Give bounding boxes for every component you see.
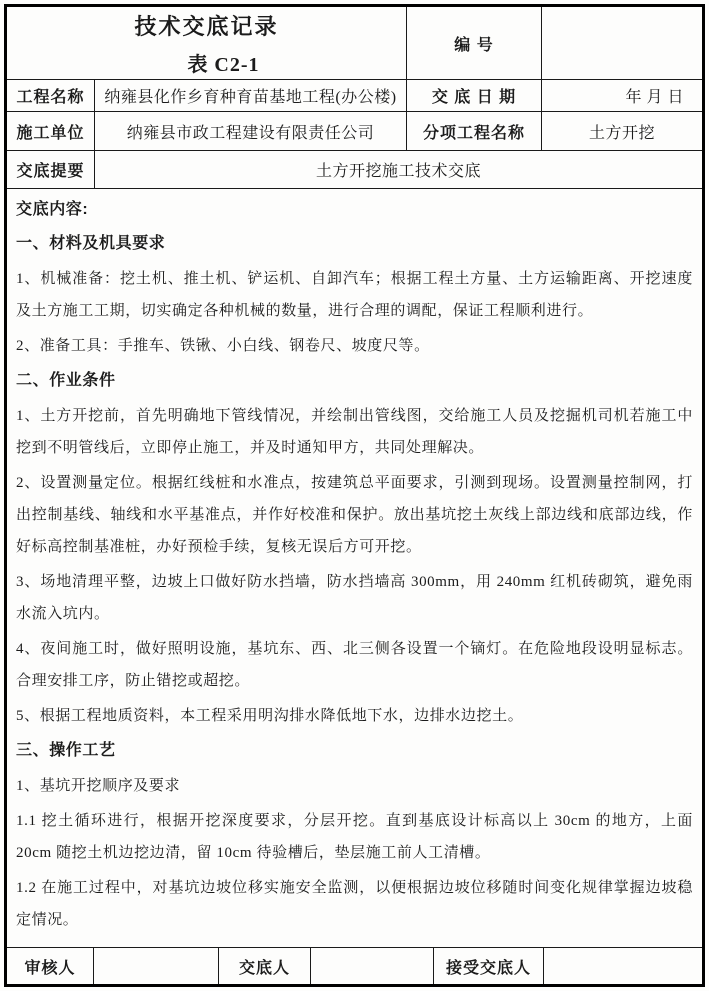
- disclosure-form-sheet: 技术交底记录 表 C2-1 编 号 工程名称 纳雍县化作乡育种育苗基地工程(办公…: [4, 4, 705, 987]
- content-paragraph: 2、设置测量定位。根据红线桩和水准点，按建筑总平面要求，引测到现场。设置测量控制…: [16, 467, 693, 563]
- serial-number-value: [542, 7, 702, 80]
- content-paragraph: 5、根据工程地质资料，本工程采用明沟排水降低地下水，边排水边挖土。: [16, 700, 693, 732]
- reviewer-label: 审核人: [7, 948, 94, 984]
- summary-value: 土方开挖施工技术交底: [95, 151, 702, 189]
- reviewer-signature-cell: [94, 948, 219, 984]
- content-paragraph: 4、夜间施工时，做好照明设施，基坑东、西、北三侧各设置一个镝灯。在危险地段设明显…: [16, 633, 693, 697]
- section-heading: 三、操作工艺: [16, 735, 693, 767]
- discloser-signature-cell: [311, 948, 434, 984]
- content-paragraph: 2、准备工具：手推车、铁锹、小白线、钢卷尺、坡度尺等。: [16, 330, 693, 362]
- content-paragraph: 1、土方开挖前，首先明确地下管线情况，并绘制出管线图，交给施工人员及挖掘机司机若…: [16, 400, 693, 464]
- receiver-signature-cell: [544, 948, 702, 984]
- disclosure-date-label: 交 底 日 期: [407, 80, 542, 112]
- document-title: 技术交底记录: [134, 10, 278, 41]
- section-heading: 一、材料及机具要求: [16, 228, 693, 260]
- discloser-label: 交底人: [219, 948, 311, 984]
- disclosure-date-value: 年 月 日: [542, 80, 702, 112]
- signature-row: 审核人 交底人 接受交底人: [7, 947, 702, 984]
- subproject-name-value: 土方开挖: [542, 112, 702, 151]
- section-heading: 二、作业条件: [16, 365, 693, 397]
- receiver-label: 接受交底人: [434, 948, 544, 984]
- subproject-name-label: 分项工程名称: [407, 112, 542, 151]
- content-paragraph: 1.2 在施工过程中，对基坑边坡位移实施安全监测，以便根据边坡位移随时间变化规律…: [16, 872, 693, 936]
- form-header-table: 技术交底记录 表 C2-1 编 号 工程名称 纳雍县化作乡育种育苗基地工程(办公…: [7, 7, 702, 189]
- project-name-label: 工程名称: [7, 80, 95, 112]
- serial-number-label: 编 号: [407, 7, 542, 80]
- disclosure-content-area: 交底内容: 一、材料及机具要求 1、机械准备：挖土机、推土机、铲运机、自卸汽车；…: [7, 189, 702, 947]
- content-paragraph: 1、基坑开挖顺序及要求: [16, 770, 693, 802]
- content-section-label: 交底内容:: [16, 194, 693, 226]
- content-paragraph: 1、机械准备：挖土机、推土机、铲运机、自卸汽车；根据工程土方量、土方运输距离、开…: [16, 263, 693, 327]
- form-title-cell: 技术交底记录 表 C2-1: [7, 7, 407, 80]
- construction-unit-value: 纳雍县市政工程建设有限责任公司: [95, 112, 407, 151]
- project-name-value: 纳雍县化作乡育种育苗基地工程(办公楼): [95, 80, 407, 112]
- content-paragraph: 1.1 挖土循环进行，根据开挖深度要求，分层开挖。直到基底设计标高以上 30cm…: [16, 805, 693, 869]
- content-paragraph: 3、场地清理平整，边坡上口做好防水挡墙，防水挡墙高 300mm，用 240mm …: [16, 566, 693, 630]
- form-number-code: 表 C2-1: [153, 48, 259, 77]
- construction-unit-label: 施工单位: [7, 112, 95, 151]
- summary-label: 交底提要: [7, 151, 95, 189]
